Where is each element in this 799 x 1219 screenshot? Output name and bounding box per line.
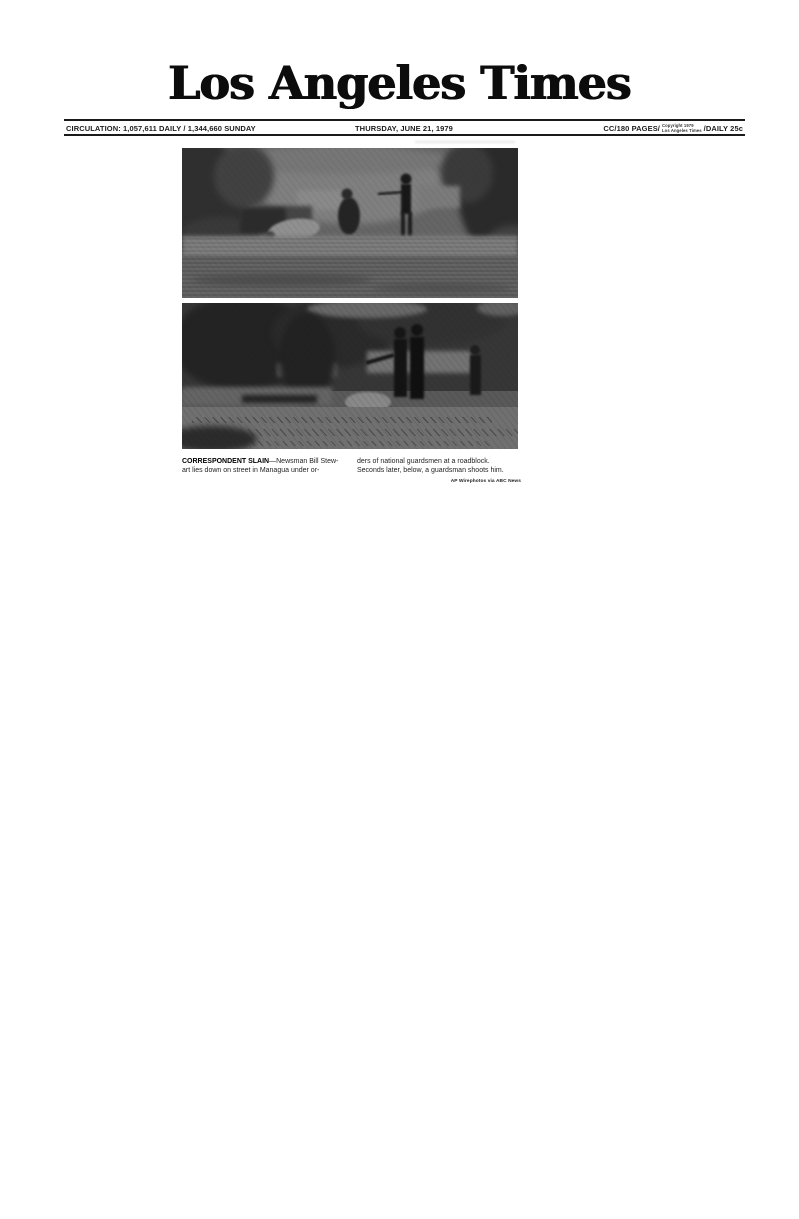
folio-bar: CIRCULATION: 1,057,611 DAILY / 1,344,660… [64,119,745,136]
caption-column-right: ders of national guardsmen at a roadbloc… [357,457,521,486]
scan-artifact [415,141,515,143]
copyright-notice: Copyright 1979 Los Angeles Times [662,124,702,133]
newspaper-front-page: Los Angeles Times CIRCULATION: 1,057,611… [0,0,799,1219]
caption-line-3: ders of national guardsmen at a roadbloc… [357,457,521,466]
photo-caption: CORRESPONDENT SLAIN—Newsman Bill Stew- a… [182,457,519,491]
caption-line-2: art lies down on street in Managua under… [182,466,350,475]
caption-line-1: CORRESPONDENT SLAIN—Newsman Bill Stew- [182,457,350,466]
price-label: /DAILY 25c [704,124,743,133]
bottom-news-photo [182,303,518,449]
edition-price-group: CC/180 PAGES/ Copyright 1979 Los Angeles… [603,124,743,133]
caption-lead-rest: —Newsman Bill Stew- [269,458,338,465]
photo-credit: AP Wirephotos via ABC News [357,477,521,486]
copyright-line-2: Los Angeles Times [662,129,702,134]
issue-date: THURSDAY, JUNE 21, 1979 [355,124,453,133]
top-news-photo [182,148,518,298]
caption-line-4: Seconds later, below, a guardsman shoots… [357,466,521,475]
caption-lead: CORRESPONDENT SLAIN [182,458,269,465]
masthead-title: Los Angeles Times [0,57,799,109]
edition-pages: CC/180 PAGES/ [603,124,660,133]
circulation-line: CIRCULATION: 1,057,611 DAILY / 1,344,660… [66,124,256,133]
caption-column-left: CORRESPONDENT SLAIN—Newsman Bill Stew- a… [182,457,350,475]
